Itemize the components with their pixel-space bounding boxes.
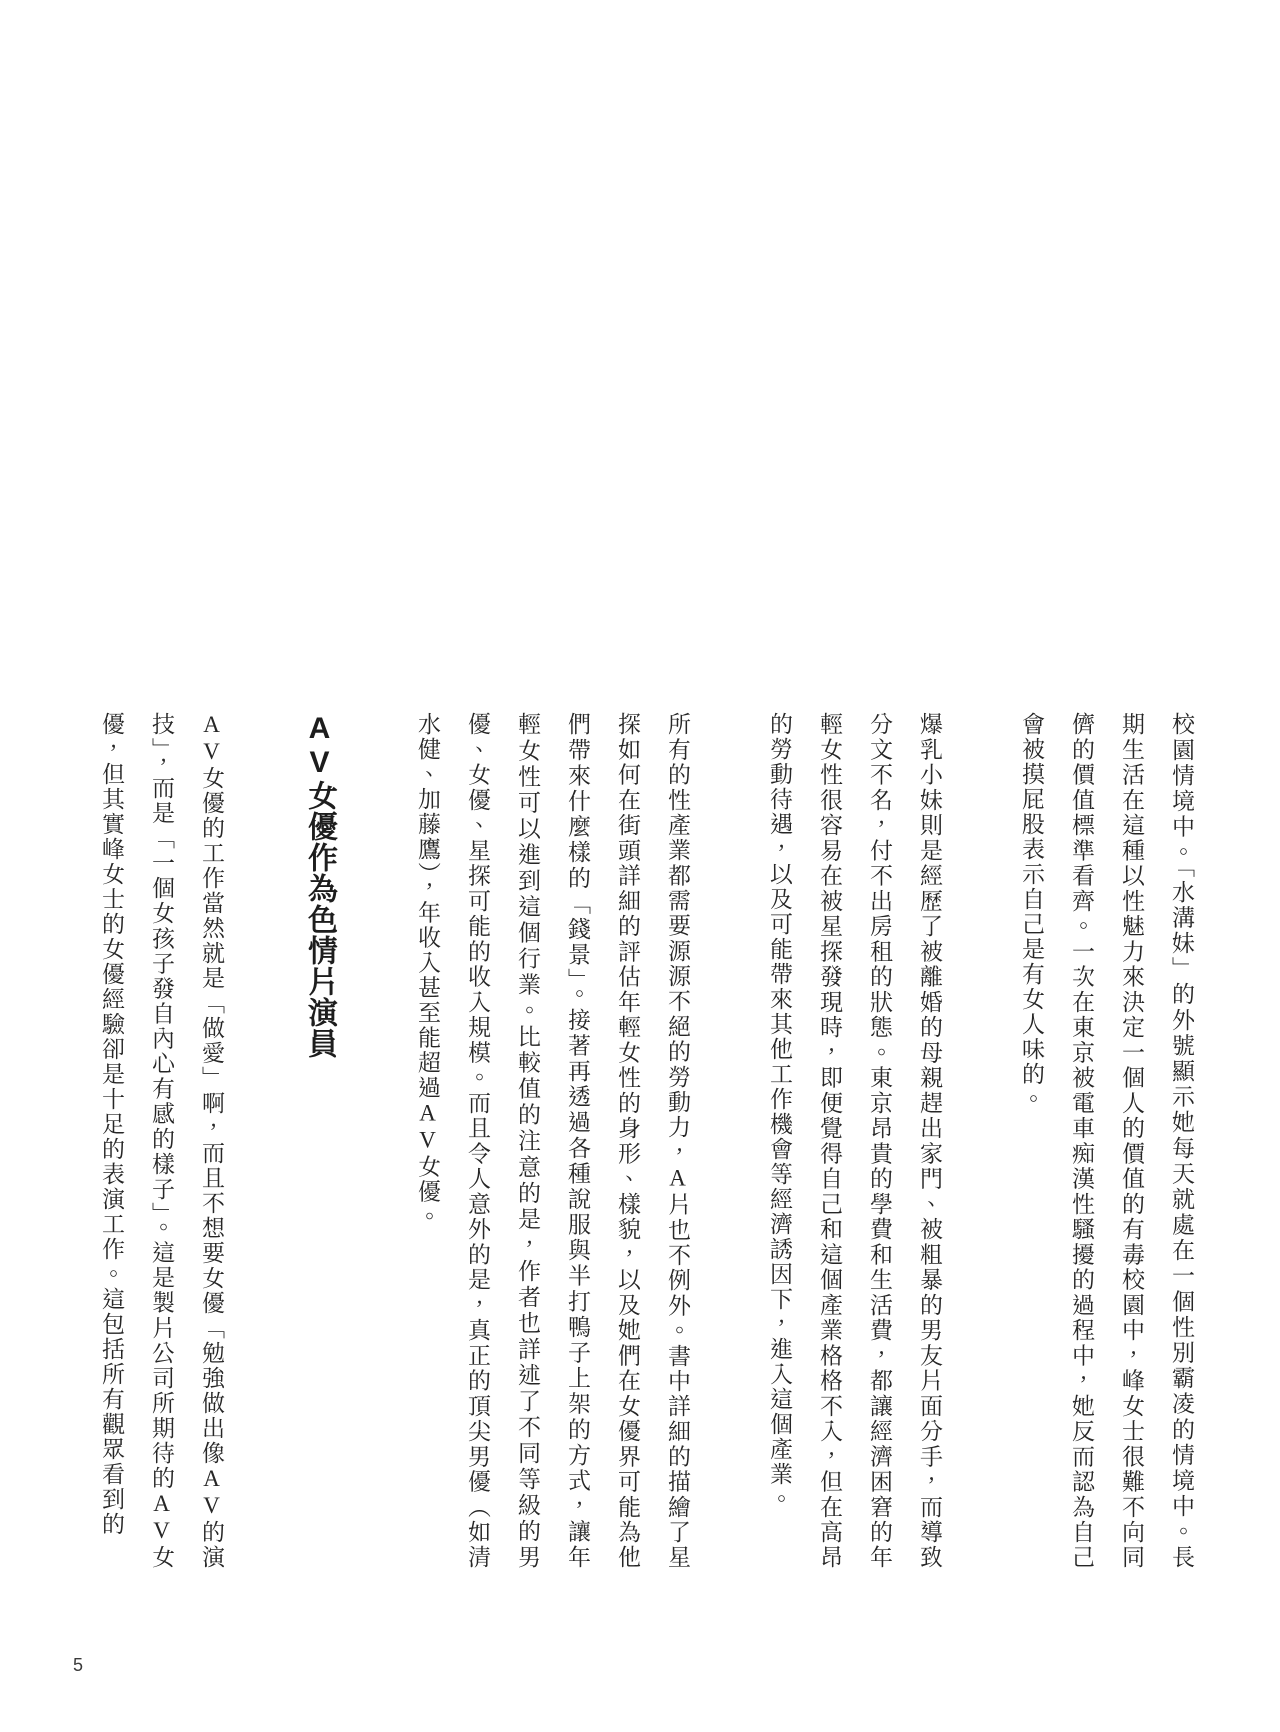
paragraph-bakunyuu-girl: 爆乳小妹則是經歷了被離婚的母親趕出家門、被粗暴的男友片面分手，而導致分文不名，付… (754, 712, 954, 1570)
vertical-article-body: 校園情境中。「水溝妹」的外號顯示她每天就處在一個性別霸凌的情境中。長期生活在這種… (86, 712, 1206, 1570)
section-heading: AV女優作為色情片演員 (288, 712, 350, 1570)
paragraph-industry-recruiting: 所有的性產業都需要源源不絕的勞動力，A片也不例外。書中詳細的描繪了星探如何在街頭… (402, 712, 702, 1570)
paragraph-campus-bullying: 校園情境中。「水溝妹」的外號顯示她每天就處在一個性別霸凌的情境中。長期生活在這種… (1006, 712, 1206, 1570)
book-page: 校園情境中。「水溝妹」的外號顯示她每天就處在一個性別霸凌的情境中。長期生活在這種… (0, 0, 1280, 1732)
paragraph-av-acting-work: AV女優的工作當然就是「做愛」啊，而且不想要女優「勉強做出像AV的演技」，而是「… (86, 712, 236, 1570)
page-number: 5 (73, 1655, 83, 1676)
